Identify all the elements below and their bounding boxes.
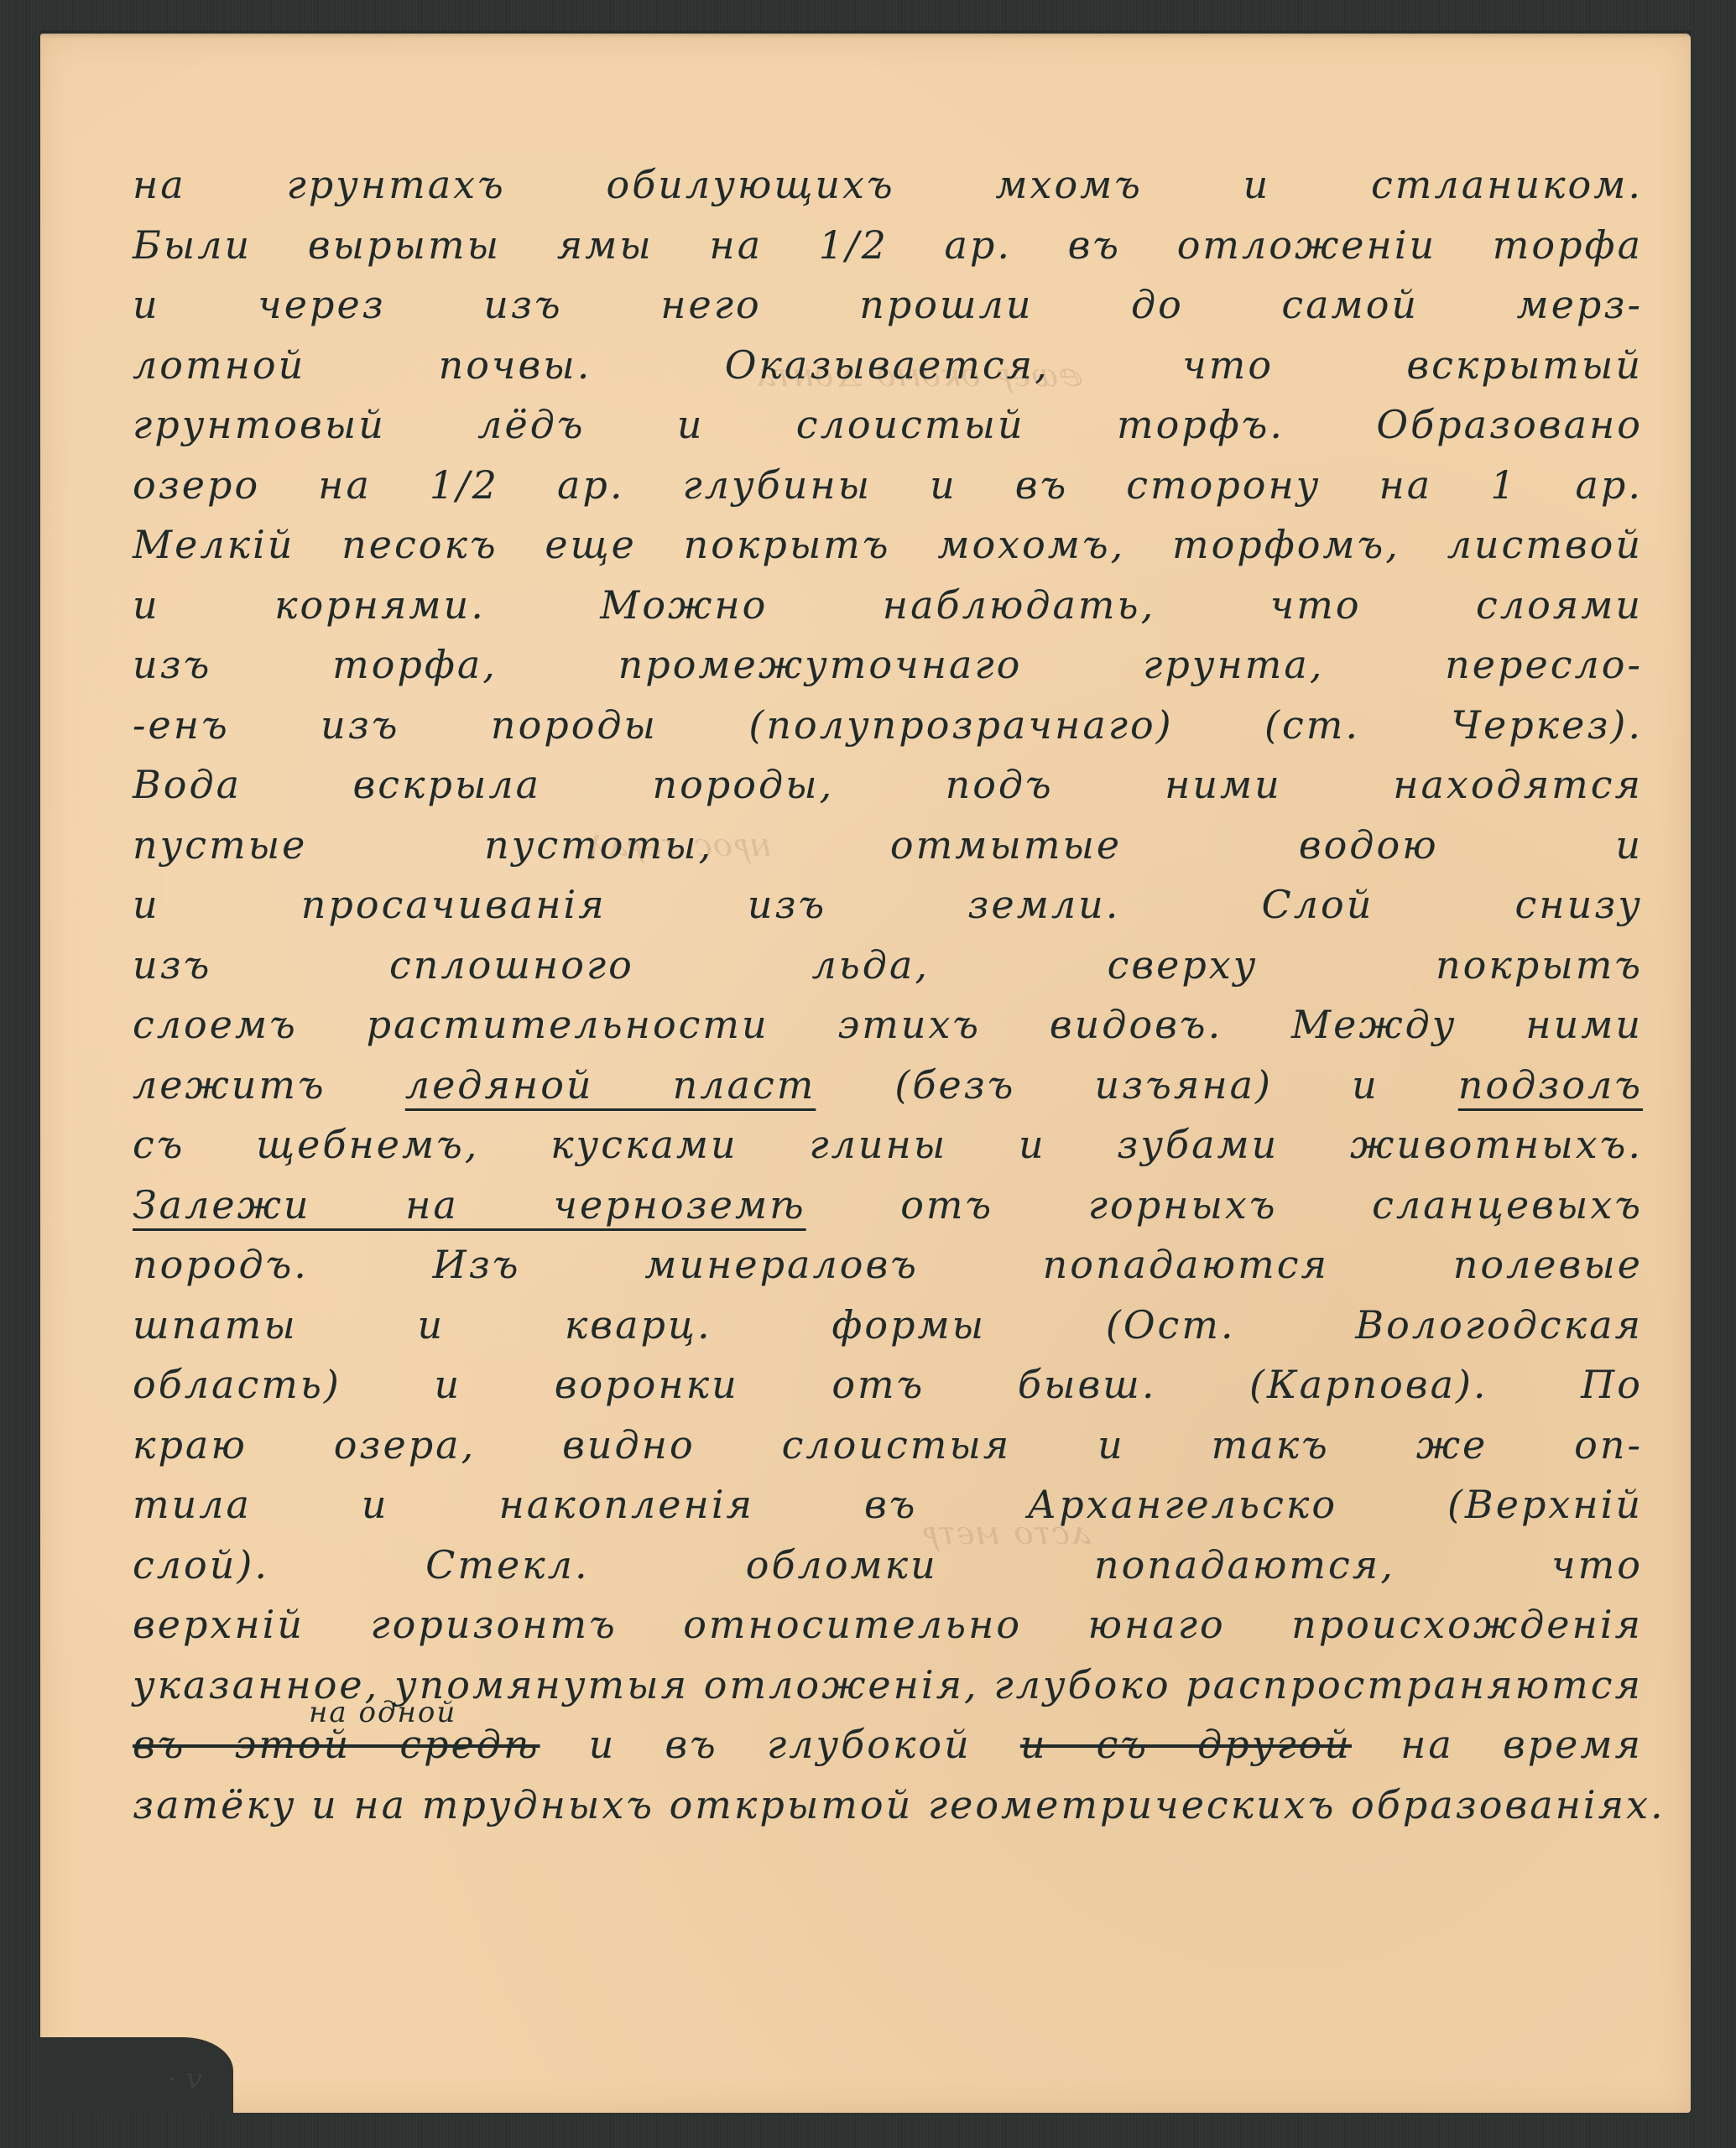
text-line: шпаты и кварц. формы (Ост. Вологодская (133, 1300, 1643, 1360)
text-line-with-strikeouts: на одной въ этой средѣ и въ глубокой и с… (133, 1719, 1643, 1780)
margin-pencil-mark: · v (168, 2062, 202, 2096)
text-line: верхній горизонтъ относительно юнаго про… (133, 1599, 1643, 1660)
text-line: тила и накопленія въ Архангельско (Верхн… (133, 1479, 1643, 1540)
text-line: Были вырыты ямы на 1/2 ар. въ отложеніи … (133, 220, 1643, 280)
underlined-phrase: ледяной пласт (405, 1062, 816, 1108)
text-line: Мелкій песокъ еще покрытъ мохомъ, торфом… (133, 519, 1643, 580)
text-line: грунтовый лёдъ и слоистый торфъ. Образов… (133, 399, 1643, 460)
text-line: область) и воронки отъ бывш. (Карпова). … (133, 1359, 1643, 1420)
text-line: изъ торфа, промежуточнаго грунта, пересл… (133, 639, 1643, 700)
torn-bottom-left-corner (40, 2037, 233, 2113)
text-line: Вода вскрыла породы, подъ ними находятся (133, 759, 1643, 820)
text-line: породъ. Изъ минераловъ попадаются полевы… (133, 1239, 1643, 1300)
text-line: и просачиванія изъ земли. Слой снизу (133, 879, 1643, 940)
text-line: изъ сплошного льда, сверху покрытъ (133, 940, 1643, 1000)
interlinear-insertion: на одной (309, 1687, 456, 1738)
text-line-underlined: Залежи на черноземѣ отъ горныхъ сланцевы… (133, 1180, 1643, 1240)
text-line: пустые пустоты, отмытые водою и (133, 820, 1643, 880)
text-line: и через изъ него прошли до самой мерз- (133, 279, 1643, 340)
text-line: слой). Стекл. обломки попадаются, что (133, 1540, 1643, 1600)
text-line: затёку и на трудныхъ открытой геометриче… (133, 1780, 1643, 1840)
underlined-phrase: Залежи на черноземѣ (133, 1182, 806, 1228)
torn-top-edge (40, 30, 1691, 39)
handwritten-text-block: на грунтахъ обилующихъ мхомъ и стлаником… (133, 159, 1668, 1839)
text-line: слоемъ растительности этихъ видовъ. Межд… (133, 999, 1643, 1060)
text-line: озеро на 1/2 ар. глубины и въ сторону на… (133, 460, 1643, 520)
text-line: и корнями. Можно наблюдать, что слоями (133, 580, 1643, 640)
text-line: съ щебнемъ, кусками глины и зубами живот… (133, 1119, 1643, 1180)
struck-out-phrase: и съ другой (1020, 1722, 1352, 1767)
text-line: -енъ изъ породы (полупрозрачнаго) (ст. Ч… (133, 700, 1643, 760)
text-line: на грунтахъ обилующихъ мхомъ и стлаником… (133, 159, 1643, 220)
underlined-phrase: подзолъ (1458, 1062, 1643, 1108)
text-line-underlined: лежитъ ледяной пласт (безъ изъяна) и под… (133, 1060, 1643, 1120)
text-line: лотной почвы. Оказывается, что вскрытый (133, 340, 1643, 400)
text-line: краю озера, видно слоистыя и такъ же оп- (133, 1420, 1643, 1480)
